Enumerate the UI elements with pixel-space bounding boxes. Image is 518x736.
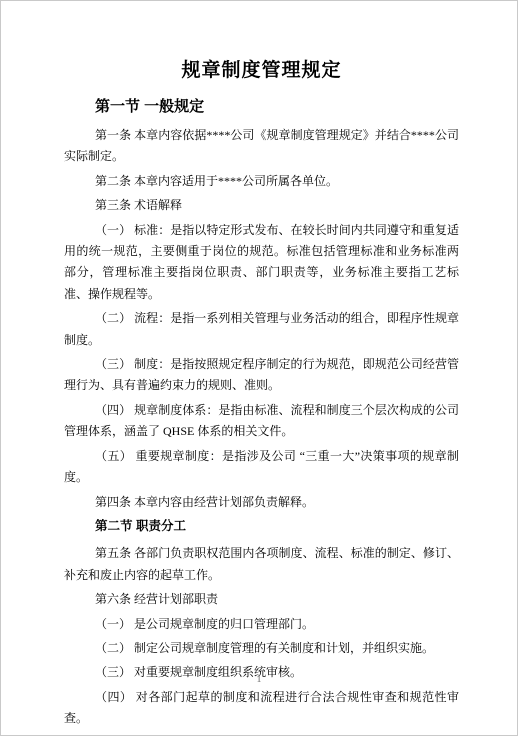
paragraph-article-2: 第二条 本章内容适用于****公司所属各单位。 <box>64 171 459 192</box>
paragraph-article-5: 第五条 各部门负责职权范围内各项制度、流程、标准的制定、修订、补充和废止内容的起… <box>64 543 459 586</box>
paragraph-duty-1: （一） 是公司规章制度的归口管理部门。 <box>64 614 459 635</box>
paragraph-duty-4: （四） 对各部门起草的制度和流程进行合法合规性审查和规范性审查。 <box>64 687 459 730</box>
paragraph-article-3: 第三条 术语解释 <box>64 195 459 216</box>
document-content: 规章制度管理规定 第一节 一般规定 第一条 本章内容依据****公司《规章制度管… <box>1 1 517 730</box>
document-title: 规章制度管理规定 <box>64 59 459 83</box>
paragraph-article-6: 第六条 经营计划部职责 <box>64 589 459 610</box>
page-number: 1 <box>257 674 262 685</box>
page-footer: 1 <box>1 673 517 687</box>
paragraph-term-important-rules: （五） 重要规章制度：是指涉及公司 “三重一大”决策事项的规章制度。 <box>64 446 459 489</box>
paragraph-term-system: （三） 制度：是指按照规定程序制定的行为规范，即规范公司经营管理行为、具有普遍约… <box>64 354 459 397</box>
paragraph-term-process: （二） 流程：是指一系列相关管理与业务活动的组合，即程序性规章制度。 <box>64 308 459 351</box>
document-page: 规章制度管理规定 第一节 一般规定 第一条 本章内容依据****公司《规章制度管… <box>0 0 518 736</box>
paragraph-term-framework: （四） 规章制度体系：是指由标准、流程和制度三个层次构成的公司管理体系，涵盖了 … <box>64 400 459 443</box>
paragraph-term-standard: （一） 标准：是指以特定形式发布、在较长时间内共同遵守和重复适用的统一规范，主要… <box>64 220 459 306</box>
section-heading-responsibilities: 第二节 职责分工 <box>64 516 459 537</box>
paragraph-article-4: 第四条 本章内容由经营计划部负责解释。 <box>64 492 459 513</box>
section-heading-general-provisions: 第一节 一般规定 <box>64 97 459 117</box>
paragraph-duty-2: （二） 制定公司规章制度管理的有关制度和计划，并组织实施。 <box>64 638 459 659</box>
paragraph-article-1: 第一条 本章内容依据****公司《规章制度管理规定》并结合****公司实际制定。 <box>64 125 459 168</box>
